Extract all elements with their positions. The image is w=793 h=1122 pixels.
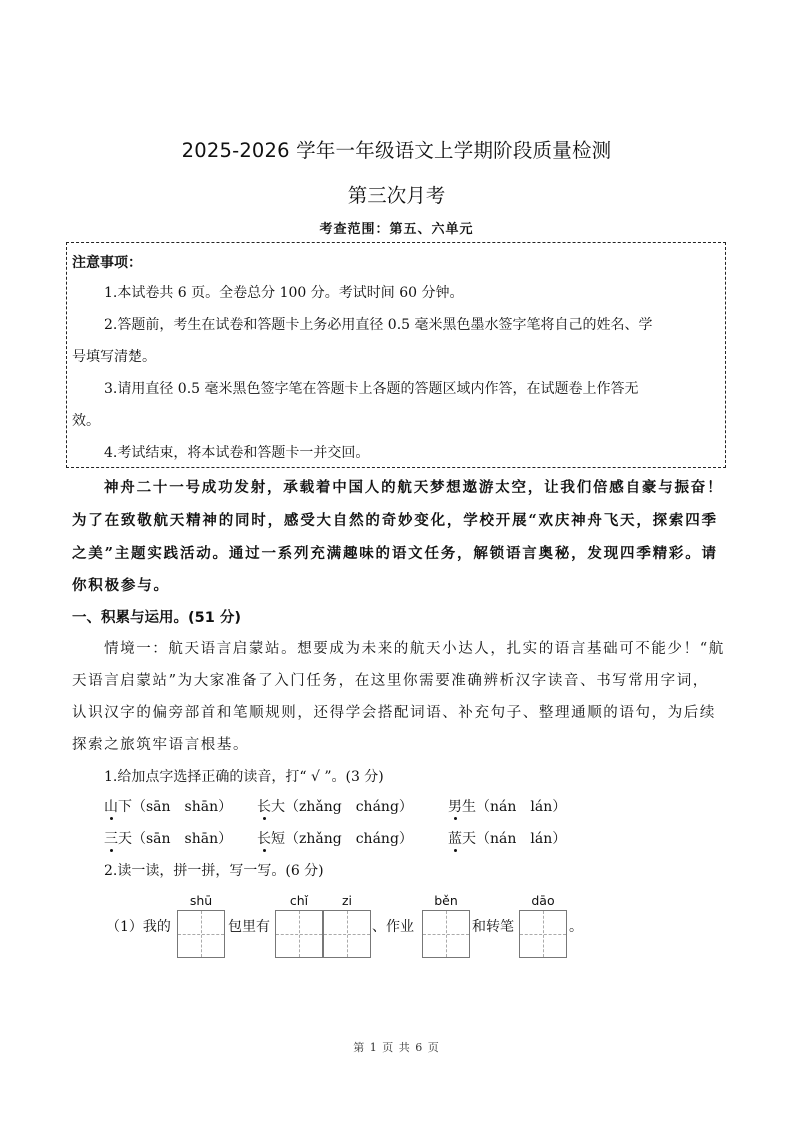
pinyin-label: zi [323,893,371,908]
writing-box-zi[interactable] [323,910,371,958]
section-1-heading: 一、积累与运用。(51 分) [72,606,241,627]
context-line-2: 天语言启蒙站”为大家准备了入门任务，在这里你需要准确辨析汉字读音、书写常用字词， [72,669,709,690]
notice-item-3-cont: 效。 [72,405,100,437]
q1-item-2-1[interactable]: 三天（sān shān） [104,828,232,848]
intro-line-2: 为了在致敬航天精神的同时，感受大自然的奇妙变化，学校开展“欢庆神舟飞天，探索四季 [72,509,718,530]
writing-box-dao[interactable] [519,910,567,958]
exam-scope: 考查范围：第五、六单元 [0,218,793,237]
dotted-char: 山 [104,799,118,815]
pinyin-label: chǐ [275,893,323,908]
q1-item-2-2[interactable]: 长短（zhǎng cháng） [257,828,413,848]
context-line-3: 认识汉字的偏旁部首和笔顺规则，还得学会搭配词语、补充句子、整理通顺的语句，为后续 [72,701,716,722]
question-1-prompt: 1.给加点字选择正确的读音，打“ √ ”。(3 分) [104,766,384,786]
notice-item-1: 1.本试卷共 6 页。全卷总分 100 分。考试时间 60 分钟。 [104,277,464,309]
q1-item-1-3[interactable]: 男生（nán lán） [448,796,566,816]
pinyin-label: běn [422,893,470,908]
pinyin-options: （zhǎng cháng） [285,831,413,847]
dotted-char: 男 [448,799,462,815]
notice-item-2-cont: 号填写清楚。 [72,341,156,373]
pinyin-options: （zhǎng cháng） [285,799,413,815]
notice-item-2: 2.答题前，考生在试卷和答题卡上务必用直径 0.5 毫米黑色墨水签字笔将自己的姓… [104,309,653,341]
exam-title: 2025-2026 学年一年级语文上学期阶段质量检测 [0,135,793,163]
intro-line-3: 之美”主题实践活动。通过一系列充满趣味的语文任务，解锁语言奥秘，发现四季精彩。请 [72,542,718,563]
pinyin-options: （sān shān） [132,831,232,847]
q2-sub1-label: （1）我的 [106,916,171,936]
dotted-char: 三 [104,831,118,847]
char: 天 [118,831,132,847]
page-footer: 第 1 页 共 6 页 [0,1039,793,1055]
pinyin-label: shū [177,893,225,908]
q2-sub1-end: 。 [569,916,583,936]
q2-sub1-text: 和转笔 [472,916,514,936]
q1-item-1-1[interactable]: 山下（sān shān） [104,796,232,816]
char: 大 [271,799,285,815]
dotted-char: 蓝 [448,831,462,847]
pinyin-label: dāo [519,893,567,908]
dotted-char: 长 [257,831,271,847]
context-line-1: 情境一：航天语言启蒙站。想要成为未来的航天小达人，扎实的语言基础可不能少！“航 [104,637,725,658]
dotted-char: 长 [257,799,271,815]
q1-item-2-3[interactable]: 蓝天（nán lán） [448,828,566,848]
writing-box-chi[interactable] [275,910,323,958]
char: 生 [462,799,476,815]
notice-item-4: 4.考试结束，将本试卷和答题卡一并交回。 [104,437,369,469]
intro-line-4: 你积极参与。 [72,574,170,595]
question-2-prompt: 2.读一读，拼一拼，写一写。(6 分) [104,860,324,880]
pinyin-options: （sān shān） [132,799,232,815]
q1-item-1-2[interactable]: 长大（zhǎng cháng） [257,796,413,816]
q2-sub1-text: 、作业 [372,916,414,936]
char: 短 [271,831,285,847]
writing-box-ben[interactable] [422,910,470,958]
exam-subtitle: 第三次月考 [0,180,793,208]
q2-sub1-text: 包里有 [228,916,270,936]
notice-title: 注意事项： [72,252,142,272]
char: 下 [118,799,132,815]
pinyin-options: （nán lán） [476,831,566,847]
notice-item-3: 3.请用直径 0.5 毫米黑色签字笔在答题卡上各题的答题区域内作答，在试题卷上作… [104,373,639,405]
context-line-4: 探索之旅筑牢语言根基。 [72,733,249,754]
notice-box [66,242,726,468]
writing-box-shu[interactable] [177,910,225,958]
pinyin-options: （nán lán） [476,799,566,815]
char: 天 [462,831,476,847]
intro-line-1: 神舟二十一号成功发射，承载着中国人的航天梦想遨游太空，让我们倍感自豪与振奋！ [104,476,723,497]
